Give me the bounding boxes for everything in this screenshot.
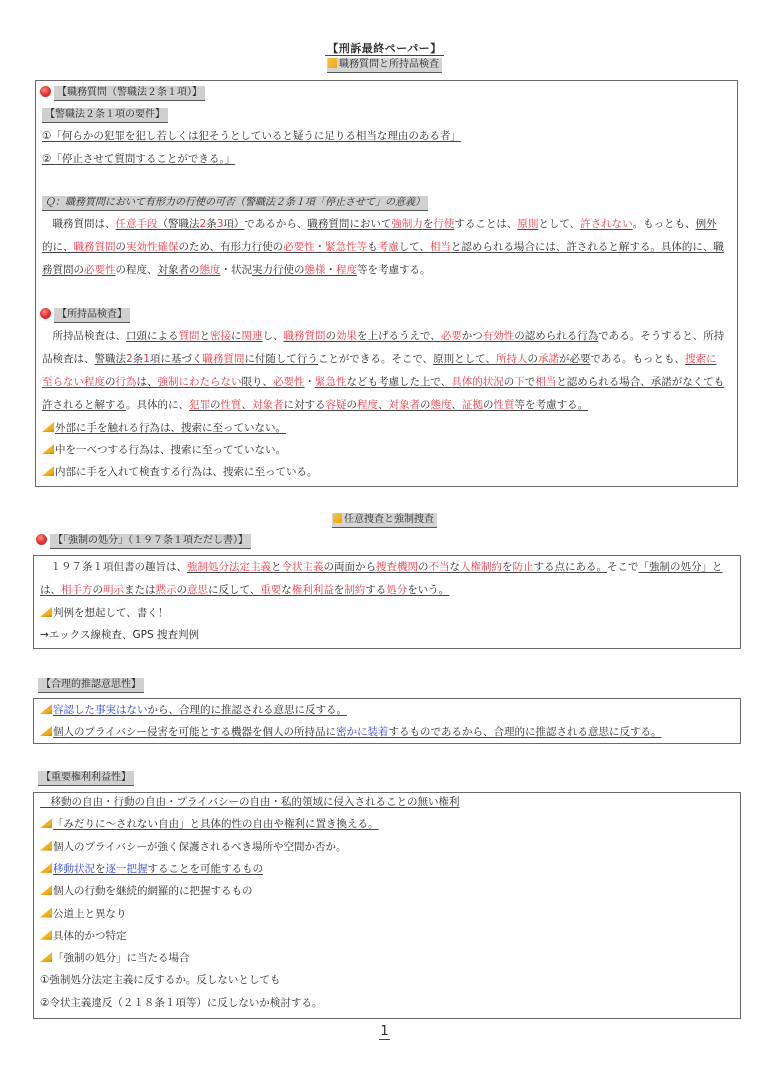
- text-run: の認められる行為: [514, 330, 598, 342]
- text-run: 条: [133, 353, 144, 365]
- pen-icon: [40, 885, 52, 895]
- juyou-header: 【重要権利利益性】: [38, 771, 134, 786]
- shokumu-header: 【職務質問（警職法２条１項）】: [54, 86, 205, 101]
- text-run: 対象者: [252, 399, 284, 411]
- text-run: 等を考慮する。: [515, 399, 589, 411]
- text-run: 程度: [84, 376, 105, 388]
- text-run: の: [504, 376, 515, 388]
- document-title: 【刑訴最終ペーパー】: [0, 40, 769, 56]
- text-run: 項）: [223, 218, 244, 230]
- text-run: の: [177, 584, 188, 596]
- text-run: 程度: [357, 399, 378, 411]
- juyou-header-line: 【重要権利利益性】: [38, 771, 134, 786]
- juyou-line: 移動状況を逐一把握することを可能するもの: [40, 861, 263, 877]
- text-run: 関連: [242, 330, 263, 342]
- text-run: ①強制処分法定主義に反するか。反しないとしても: [40, 974, 280, 986]
- text-run: と: [271, 561, 282, 573]
- text-run: そこで: [607, 561, 639, 573]
- text-run: 職務質問: [74, 241, 116, 253]
- text-run: （警職法: [158, 218, 200, 230]
- text-run: 職務質問は、: [42, 218, 116, 230]
- text-run: ことができる。そこで、: [318, 353, 433, 365]
- text-run: 具体的かつ特定: [53, 930, 127, 942]
- text-run: 許されると解する: [42, 399, 126, 411]
- text-run: の: [347, 399, 358, 411]
- text-run: 移動状況: [53, 863, 95, 875]
- memo-icon: [333, 513, 342, 523]
- text-run: なども考慮した上で、: [347, 376, 452, 388]
- shokumu-header-line: 【職務質問（警職法２条１項）】: [40, 84, 205, 101]
- text-run: 任意手段: [116, 218, 158, 230]
- page-number: 1: [0, 1024, 769, 1039]
- answer-line: 的に、職務質問の実効性確保のため、有形力行使の必要性・緊急性等も考慮して、相当と…: [42, 239, 724, 255]
- text-run: 具体的状況: [451, 376, 504, 388]
- text-run: ②令状主義違反（２１８条１項等）に反しないか検討する。: [40, 997, 322, 1009]
- text-run: 強制にわたらない: [158, 376, 242, 388]
- note-1: 外部に手を触れる行為は、捜索に至っていない。: [42, 420, 286, 436]
- text-run: 権利利益: [292, 584, 334, 596]
- text-run: に: [231, 330, 242, 342]
- pen-icon: [40, 704, 52, 714]
- requirements-header-line: 【警職法２条１項の要件】: [42, 106, 168, 123]
- text-run: の: [116, 241, 127, 253]
- text-run: 至らない: [42, 376, 84, 388]
- juyou-line: 「みだりに～されない自由」と具体的性の自由や権利に置き換える。: [40, 816, 379, 832]
- text-run: を: [334, 584, 345, 596]
- gouriteki-header: 【合理的推認意思性】: [38, 678, 144, 693]
- pen-icon: [40, 726, 52, 736]
- text-run: 容認した事実はない: [53, 704, 148, 716]
- text-run: 性質: [494, 399, 515, 411]
- juyou-line: ①強制処分法定主義に反するか。反しないとしても: [40, 972, 280, 988]
- text-run: 令状主義: [282, 561, 324, 573]
- text-run: 不当: [429, 561, 450, 573]
- text-run: 所持人: [496, 353, 528, 365]
- text-run: 等を考慮する。: [357, 264, 431, 276]
- text-run: を: [502, 561, 513, 573]
- text-run: 的に、: [42, 241, 74, 253]
- text-run: 公道上と異なり: [53, 908, 127, 920]
- text-run: の: [93, 584, 104, 596]
- juyou-line: 移動の自由・行動の自由・プライバシーの自由・私的領域に侵入されることの無い権利: [40, 794, 459, 810]
- text-run: を: [95, 863, 106, 875]
- text-run: の程度、: [116, 264, 158, 276]
- text-run: 口頭による: [126, 330, 179, 342]
- text-run: 相当: [535, 376, 556, 388]
- text-run: することを可能するもの: [148, 863, 264, 875]
- text-run: 限り、: [242, 376, 274, 388]
- text-run: 務質問の: [42, 264, 84, 276]
- text-run: をいう。: [407, 584, 449, 596]
- text-run: のため、有形力行使の: [179, 241, 284, 253]
- text-run: 態度: [200, 264, 221, 276]
- text-run: で: [525, 376, 536, 388]
- pen-icon: [40, 818, 52, 828]
- gouriteki-line: 個人のプライバシー侵害を可能とする機器を個人の所持品に密かに装着するものであるか…: [40, 724, 661, 740]
- text-run: から、合理的に推認される意思に反する。: [148, 704, 348, 716]
- note-3: 内部に手を入れて検査する行為は、捜索に至っている。: [42, 464, 318, 480]
- text-run: を上げるうえで、: [357, 330, 441, 342]
- text-run: 強制力: [391, 218, 423, 230]
- text-run: 人権制約: [460, 561, 502, 573]
- pen-icon: [40, 863, 52, 873]
- pen-icon: [40, 952, 52, 962]
- pen-icon: [42, 444, 54, 454]
- section1-box: 【職務質問（警職法２条１項）】 【警職法２条１項の要件】 ①「何らかの犯罪を犯し…: [35, 80, 738, 487]
- text-run: も: [367, 241, 378, 253]
- text-run: 有効性: [483, 330, 515, 342]
- text-run: 例外: [696, 218, 717, 230]
- text-run: の: [483, 399, 494, 411]
- inspection-line: 所持品検査は、口頭による質問と密接に関連し、職務質問の効果を上げるうえで、必要か…: [42, 328, 724, 344]
- juyou-line: 具体的かつ特定: [40, 928, 127, 944]
- text-run: が必要: [559, 353, 591, 365]
- text-run: 密かに装着: [336, 726, 389, 738]
- text-run: 強制処分法定主義: [187, 561, 271, 573]
- text-run: 必要性: [273, 376, 305, 388]
- text-run: と認められる場合には、許されると解する。具体的に、職: [451, 241, 724, 253]
- text-run: 処分: [386, 584, 407, 596]
- text-run: または: [124, 584, 156, 596]
- kyosei-line: １９７条１項但書の趣旨は、強制処分法定主義と令状主義の両面から捜査機関の不当な人…: [40, 559, 723, 575]
- text-run: 態度: [431, 399, 452, 411]
- text-run: 意思: [187, 584, 208, 596]
- requirement-2: ②「停止させて質問することができる。」: [42, 151, 235, 167]
- inspection-header-line: 【所持品検査】: [40, 306, 130, 323]
- text-run: の: [420, 399, 431, 411]
- text-run: 個人のプライバシーが強く保護されるべき場所や空間か否か。: [53, 841, 346, 853]
- text-run: 効果: [336, 330, 357, 342]
- text-run: な: [281, 584, 292, 596]
- text-run: 対象者の: [158, 264, 200, 276]
- question-heading: Ｑ：職務質問において有形力の行使の可否（警職法２条１項「停止させて」の意義）: [42, 196, 428, 211]
- text-run: 条: [206, 218, 217, 230]
- juyou-line: 「強制の処分」に当たる場合: [40, 950, 190, 966]
- text-run: である。そうすると、所持: [598, 330, 724, 342]
- text-run: 下: [514, 376, 525, 388]
- text-run: 重要: [260, 584, 281, 596]
- text-run: 態様: [305, 264, 326, 276]
- text-run: 必要性: [84, 264, 116, 276]
- pen-icon: [42, 466, 54, 476]
- text-run: 項に基づく: [150, 353, 203, 365]
- text-run: かつ: [462, 330, 483, 342]
- text-run: ・: [326, 264, 337, 276]
- text-run: の: [105, 376, 116, 388]
- text-run: して、: [399, 241, 430, 253]
- text-run: 捜査機関: [376, 561, 418, 573]
- inspection-line: 許されると解する。具体的に、犯罪の性質、対象者に対する容疑の程度、対象者の態度、…: [42, 397, 588, 413]
- text-run: と認められる場合、承諾がなくても: [556, 376, 724, 388]
- pen-icon: [40, 841, 52, 851]
- question-line: Ｑ：職務質問において有形力の行使の可否（警職法２条１項「停止させて」の意義）: [42, 194, 428, 211]
- text-run: を: [423, 218, 434, 230]
- text-run: 「みだりに～されない自由」と具体的性の自由や権利に置き換える。: [53, 818, 379, 830]
- text-run: 職務質問において: [307, 218, 391, 230]
- text-run: １９７条１項但書の趣旨は、: [40, 561, 187, 573]
- text-run: 緊急性等: [325, 241, 367, 253]
- juyou-line: 個人のプライバシーが強く保護されるべき場所や空間か否か。: [40, 839, 346, 855]
- text-run: 逐一把握: [106, 863, 148, 875]
- text-run: 個人のプライバシー侵害を可能とする機器を個人の所持品に: [53, 726, 336, 738]
- text-run: 許されない: [580, 218, 633, 230]
- text-run: 移動の自由・行動の自由・プライバシーの自由・私的領域に侵入されることの無い権利: [40, 796, 459, 808]
- text-run: 実力行使の: [252, 264, 305, 276]
- text-run: 所持品検査は、: [42, 330, 126, 342]
- text-run: 性質: [221, 399, 242, 411]
- text-run: 行使: [433, 218, 454, 230]
- text-run: 原則として、: [433, 353, 496, 365]
- text-run: 職務質問: [202, 353, 244, 365]
- text-run: 黙示: [156, 584, 177, 596]
- pen-icon: [42, 422, 54, 432]
- text-run: であるから、: [244, 218, 307, 230]
- text-run: 、: [378, 399, 389, 411]
- text-run: するものであるから、合理的に推認される意思に反する。: [388, 726, 661, 738]
- text-run: の: [210, 399, 221, 411]
- text-run: 警職法: [95, 353, 127, 365]
- text-run: 証拠: [462, 399, 483, 411]
- text-run: し、: [263, 330, 284, 342]
- text-run: 、: [452, 399, 463, 411]
- text-run: する点にある。: [534, 561, 608, 573]
- answer-line: 務質問の必要性の程度、対象者の態度・状況実力行使の態様・程度等を考慮する。: [42, 262, 431, 278]
- text-run: である。もっとも、: [590, 353, 685, 365]
- section4-box: 移動の自由・行動の自由・プライバシーの自由・私的領域に侵入されることの無い権利「…: [33, 792, 741, 1019]
- pen-icon: [40, 607, 52, 617]
- text-run: に反して、: [208, 584, 260, 596]
- text-run: 職務質問: [284, 330, 326, 342]
- text-run: 相手方: [61, 584, 93, 596]
- text-run: 実効性確保: [126, 241, 179, 253]
- kyosei-line: は、相手方の明示または黙示の意思に反して、重要な権利利益を制約する処分をいう。: [40, 582, 449, 598]
- pen-icon: [40, 930, 52, 940]
- gouriteki-header-line: 【合理的推認意思性】: [38, 678, 144, 693]
- text-run: と: [200, 330, 211, 342]
- juyou-line: 公道上と異なり: [40, 906, 127, 922]
- red-pin-icon: [36, 534, 47, 545]
- section3-box: 容認した事実はないから、合理的に推認される意思に反する。個人のプライバシー侵害を…: [33, 698, 741, 744]
- text-run: 品検査は、: [42, 353, 95, 365]
- text-run: 対象者: [389, 399, 421, 411]
- pen-icon: [40, 908, 52, 918]
- text-run: 承諾: [538, 353, 559, 365]
- text-run: な: [450, 561, 461, 573]
- section2-box: １９７条１項但書の趣旨は、強制処分法定主義と令状主義の両面から捜査機関の不当な人…: [33, 555, 741, 649]
- section2-heading: 任意捜査と強制捜査: [332, 513, 437, 528]
- kyosei-header: 【「強制の処分」（１９７条１項ただし書）】: [50, 534, 251, 549]
- text-run: 捜索に: [685, 353, 717, 365]
- text-run: 「強制の処分」と: [639, 561, 723, 573]
- section2-heading-wrap: 任意捜査と強制捜査: [0, 513, 769, 528]
- memo-icon: [328, 58, 337, 68]
- text-run: 密接: [210, 330, 231, 342]
- text-run: 相当: [430, 241, 451, 253]
- section1-heading-wrap: 職務質問と所持品検査: [0, 58, 769, 73]
- text-run: することは、: [454, 218, 517, 230]
- text-run: 程度: [336, 264, 357, 276]
- text-run: 犯罪: [189, 399, 210, 411]
- text-run: として、: [538, 218, 580, 230]
- text-run: 必要: [441, 330, 462, 342]
- juyou-line: 個人の行動を継続的網羅的に把握するもの: [40, 883, 253, 899]
- text-run: は、: [40, 584, 61, 596]
- text-run: 緊急性: [315, 376, 347, 388]
- kyosei-header-line: 【「強制の処分」（１９７条１項ただし書）】: [36, 534, 251, 549]
- text-run: の両面から: [324, 561, 377, 573]
- text-run: ・: [315, 241, 326, 253]
- section1-heading: 職務質問と所持品検査: [327, 58, 442, 73]
- text-run: の: [326, 330, 337, 342]
- red-pin-icon: [40, 308, 51, 319]
- text-run: 。具体的に、: [126, 399, 189, 411]
- red-pin-icon: [40, 86, 51, 97]
- text-run: 明示: [103, 584, 124, 596]
- kyosei-note: 判例を想起して、書く！: [40, 605, 168, 621]
- text-run: する: [365, 584, 386, 596]
- gouriteki-line: 容認した事実はないから、合理的に推認される意思に反する。: [40, 702, 347, 718]
- text-run: 個人の行動を継続的網羅的に把握するもの: [53, 885, 253, 897]
- text-run: 、: [242, 399, 253, 411]
- text-run: 行為: [116, 376, 137, 388]
- text-run: 「強制の処分」に当たる場合: [53, 952, 190, 964]
- inspection-header: 【所持品検査】: [54, 308, 130, 323]
- answer-line: 職務質問は、任意手段（警職法2条3項）であるから、職務質問において強制力を行使す…: [42, 216, 717, 232]
- text-run: 考慮: [378, 241, 399, 253]
- text-run: ・状況: [221, 264, 253, 276]
- text-run: 原則: [517, 218, 538, 230]
- requirement-1: ①「何らかの犯罪を犯し若しくは犯そうとしていると疑うに足りる相当な理由のある者」: [42, 128, 461, 144]
- text-run: 容疑: [326, 399, 347, 411]
- juyou-line: ②令状主義違反（２１８条１項等）に反しないか検討する。: [40, 995, 322, 1011]
- text-run: 質問: [179, 330, 200, 342]
- note-2: 中を一べつする行為は、捜索に至ってていない。: [42, 442, 286, 458]
- requirements-header: 【警職法２条１項の要件】: [42, 108, 168, 123]
- text-run: の: [527, 353, 538, 365]
- text-run: 2: [126, 353, 133, 365]
- text-run: 。もっとも、: [633, 218, 696, 230]
- text-run: に対する: [284, 399, 326, 411]
- text-run: の: [418, 561, 429, 573]
- kyosei-arrow-line: →エックス線検査、GPS 捜査判例: [40, 627, 199, 643]
- inspection-line: 至らない程度の行為は、強制にわたらない限り、必要性・緊急性なども考慮した上で、具…: [42, 374, 724, 390]
- text-run: 1: [143, 353, 150, 365]
- text-run: 必要性: [283, 241, 315, 253]
- text-run: は、: [137, 376, 158, 388]
- text-run: 制約: [344, 584, 365, 596]
- text-run: に付随して行う: [244, 353, 318, 365]
- inspection-line: 品検査は、警職法2条1項に基づく職務質問に付随して行うことができる。そこで、原則…: [42, 351, 716, 367]
- text-run: 防止: [513, 561, 534, 573]
- text-run: ・: [305, 376, 316, 388]
